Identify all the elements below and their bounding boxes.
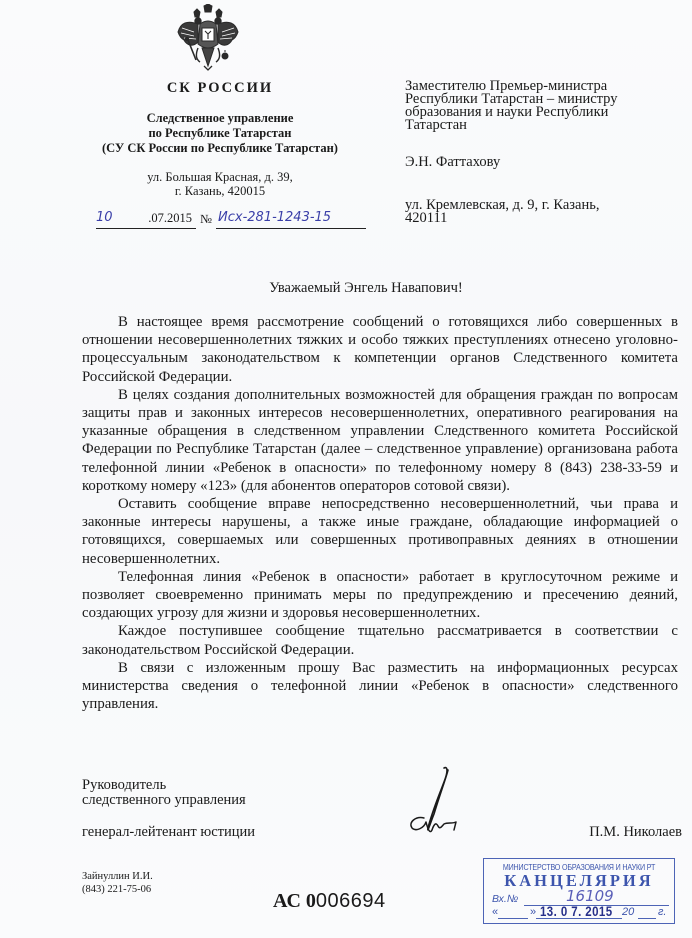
signer-title-line: Руководитель <box>82 778 682 793</box>
number-sign: № <box>200 212 212 227</box>
russian-coat-of-arms-icon <box>176 4 240 72</box>
body-paragraph: Телефонная линия «Ребенок в опасности» р… <box>82 568 678 623</box>
registration-stamp: МИНИСТЕРСТВО ОБРАЗОВАНИЯ И НАУКИ РТ КАНЦ… <box>483 858 675 924</box>
stamp-incoming-number: 16109 <box>566 887 614 905</box>
recipient-address-line: ул. Кремлевская, д. 9, г. Казань, <box>405 199 690 212</box>
signer-name: П.М. Николаев <box>589 825 682 840</box>
sender-block: СК РОССИИ Следственное управление по Рес… <box>90 80 350 198</box>
signer-title-line: следственного управления <box>82 793 682 808</box>
org-name-line: Следственное управление <box>90 111 350 126</box>
serial-number: 006694 <box>316 890 386 912</box>
stamp-year-underline <box>638 918 656 919</box>
recipient-address-line: 420111 <box>405 212 690 225</box>
salutation: Уважаемый Энгель Навапович! <box>0 280 692 297</box>
recipient-block: Заместителю Премьер-министра Республики … <box>405 80 690 225</box>
date-month-year: .07.2015 <box>148 211 192 226</box>
executor-phone: (843) 221-75-06 <box>82 883 153 896</box>
recipient-name: Э.Н. Фаттахову <box>405 156 690 169</box>
recipient-position: Заместителю Премьер-министра Республики … <box>405 80 690 132</box>
outgoing-number-handwritten: Исх-281-1243-15 <box>218 210 331 225</box>
reference-line: 10 .07.2015 № Исх-281-1243-15 <box>92 210 372 232</box>
body-paragraph: В целях создания дополнительных возможно… <box>82 386 678 495</box>
org-name-abbrev: (СУ СК России по Республике Татарстан) <box>50 141 390 156</box>
recipient-position-line: Татарстан <box>405 119 690 132</box>
stamp-month-underline <box>536 918 622 919</box>
outgoing-number-field: Исх-281-1243-15 <box>216 210 366 229</box>
handwritten-signature-icon <box>398 764 478 844</box>
org-title: СК РОССИИ <box>90 80 350 97</box>
body-paragraph: В связи с изложенным прошу Вас разместит… <box>82 659 678 714</box>
serial-prefix: АС 0 <box>273 890 316 912</box>
stamp-quote-close: » <box>530 906 536 918</box>
recipient-address: ул. Кремлевская, д. 9, г. Казань, 420111 <box>405 199 690 225</box>
sender-address-line: ул. Большая Красная, д. 39, <box>90 170 350 184</box>
stamp-ministry: МИНИСТЕРСТВО ОБРАЗОВАНИЯ И НАУКИ РТ <box>497 862 660 872</box>
letter-page: СК РОССИИ Следственное управление по Рес… <box>0 0 692 938</box>
signature-block: Руководитель следственного управления ге… <box>82 778 682 840</box>
sender-address: ул. Большая Красная, д. 39, г. Казань, 4… <box>90 170 350 198</box>
body-paragraph: В настоящее время рассмотрение сообщений… <box>82 313 678 386</box>
form-serial-number: АС 0006694 <box>273 890 386 913</box>
body-paragraph: Каждое поступившее сообщение тщательно р… <box>82 622 678 658</box>
date-month-year-field: .07.2015 <box>124 212 196 229</box>
date-day-handwritten: 10 <box>96 210 113 225</box>
executor-name: Зайнуллин И.И. <box>82 870 153 883</box>
date-day-field: 10 <box>96 210 124 229</box>
stamp-date-value: 13. 0 7. 2015 <box>540 904 613 919</box>
stamp-day-underline <box>498 918 528 919</box>
stamp-quote-open: « <box>492 906 498 918</box>
stamp-year-prefix: 20 <box>622 906 634 918</box>
letter-body: В настоящее время рассмотрение сообщений… <box>82 313 678 713</box>
org-name: Следственное управление по Республике Та… <box>90 111 350 156</box>
body-paragraph: Оставить сообщение вправе непосредственн… <box>82 495 678 568</box>
stamp-year-suffix: г. <box>658 906 666 918</box>
executor-info: Зайнуллин И.И. (843) 221-75-06 <box>82 870 153 896</box>
org-name-line: по Республике Татарстан <box>90 126 350 141</box>
stamp-incoming-label: Вх.№ <box>492 893 518 905</box>
sender-address-line: г. Казань, 420015 <box>90 184 350 198</box>
